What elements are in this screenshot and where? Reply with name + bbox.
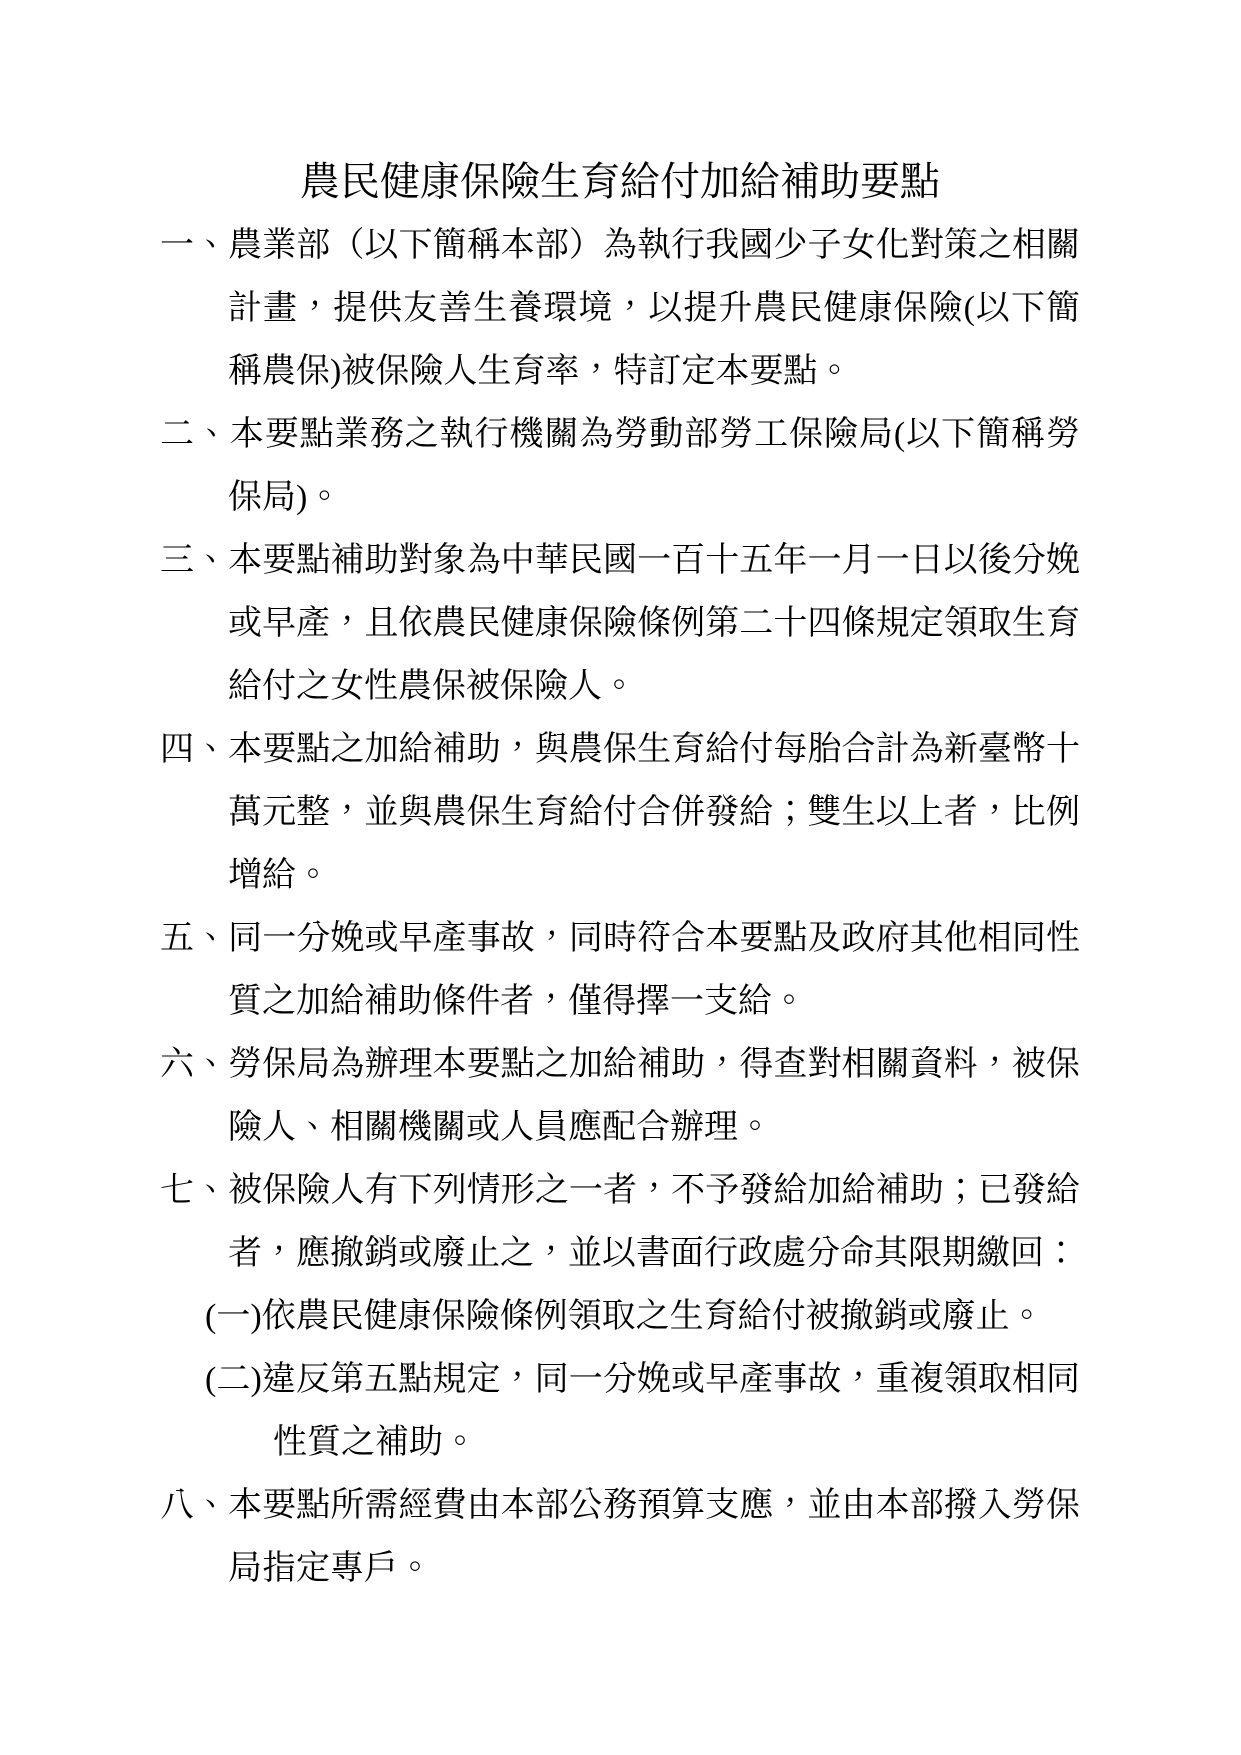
item-text: 同一分娩或早產事故，同時符合本要點及政府其他相同性質之加給補助條件者，僅得擇一支…	[228, 920, 1080, 1020]
item-text: 勞保局為辦理本要點之加給補助，得查對相關資料，被保險人、相關機關或人員應配合辦理…	[228, 1046, 1080, 1146]
document-subitem: (一)依農民健康保險條例領取之生育給付被撤銷或廢止。	[205, 1285, 1080, 1348]
document-item: 七、被保險人有下列情形之一者，不予發給加給補助；已發給者，應撤銷或廢止之，並以書…	[160, 1159, 1080, 1285]
item-marker: 六、	[160, 1046, 228, 1083]
item-marker: 三、	[160, 542, 228, 579]
document-subitem: (二)違反第五點規定，同一分娩或早產事故，重複領取相同性質之補助。	[205, 1348, 1080, 1474]
subitem-marker: (二)	[205, 1361, 262, 1398]
document-title: 農民健康保險生育給付加給補助要點	[160, 150, 1080, 214]
item-text: 本要點之加給補助，與農保生育給付每胎合計為新臺幣十萬元整，並與農保生育給付合併發…	[228, 731, 1080, 894]
item-text: 本要點所需經費由本部公務預算支應，並由本部撥入勞保局指定專戶。	[228, 1487, 1080, 1587]
item-text: 農業部（以下簡稱本部）為執行我國少子女化對策之相關計畫，提供友善生養環境，以提升…	[228, 227, 1080, 390]
subitem-marker: (一)	[205, 1298, 262, 1335]
item-marker: 七、	[160, 1172, 228, 1209]
item-marker: 四、	[160, 731, 228, 768]
items-list: 一、農業部（以下簡稱本部）為執行我國少子女化對策之相關計畫，提供友善生養環境，以…	[160, 214, 1080, 1600]
document-item: 八、本要點所需經費由本部公務預算支應，並由本部撥入勞保局指定專戶。	[160, 1474, 1080, 1600]
document-item: 三、本要點補助對象為中華民國一百十五年一月一日以後分娩或早產，且依農民健康保險條…	[160, 529, 1080, 718]
document-item: 一、農業部（以下簡稱本部）為執行我國少子女化對策之相關計畫，提供友善生養環境，以…	[160, 214, 1080, 403]
item-text: 本要點補助對象為中華民國一百十五年一月一日以後分娩或早產，且依農民健康保險條例第…	[228, 542, 1080, 705]
document-item: 四、本要點之加給補助，與農保生育給付每胎合計為新臺幣十萬元整，並與農保生育給付合…	[160, 718, 1080, 907]
document-item: 六、勞保局為辦理本要點之加給補助，得查對相關資料，被保險人、相關機關或人員應配合…	[160, 1033, 1080, 1159]
subitem-text: 違反第五點規定，同一分娩或早產事故，重複領取相同性質之補助。	[262, 1361, 1080, 1461]
item-text: 被保險人有下列情形之一者，不予發給加給補助；已發給者，應撤銷或廢止之，並以書面行…	[228, 1172, 1080, 1272]
item-marker: 八、	[160, 1487, 228, 1524]
item-marker: 五、	[160, 920, 228, 957]
item-text: 本要點業務之執行機關為勞動部勞工保險局(以下簡稱勞保局)。	[228, 416, 1080, 516]
item-marker: 二、	[160, 416, 230, 453]
document-page: 農民健康保險生育給付加給補助要點 一、農業部（以下簡稱本部）為執行我國少子女化對…	[0, 0, 1241, 1755]
item-marker: 一、	[160, 227, 228, 264]
subitem-text: 依農民健康保險條例領取之生育給付被撤銷或廢止。	[262, 1298, 1044, 1335]
document-item: 二、本要點業務之執行機關為勞動部勞工保險局(以下簡稱勞保局)。	[160, 403, 1080, 529]
document-item: 五、同一分娩或早產事故，同時符合本要點及政府其他相同性質之加給補助條件者，僅得擇…	[160, 907, 1080, 1033]
